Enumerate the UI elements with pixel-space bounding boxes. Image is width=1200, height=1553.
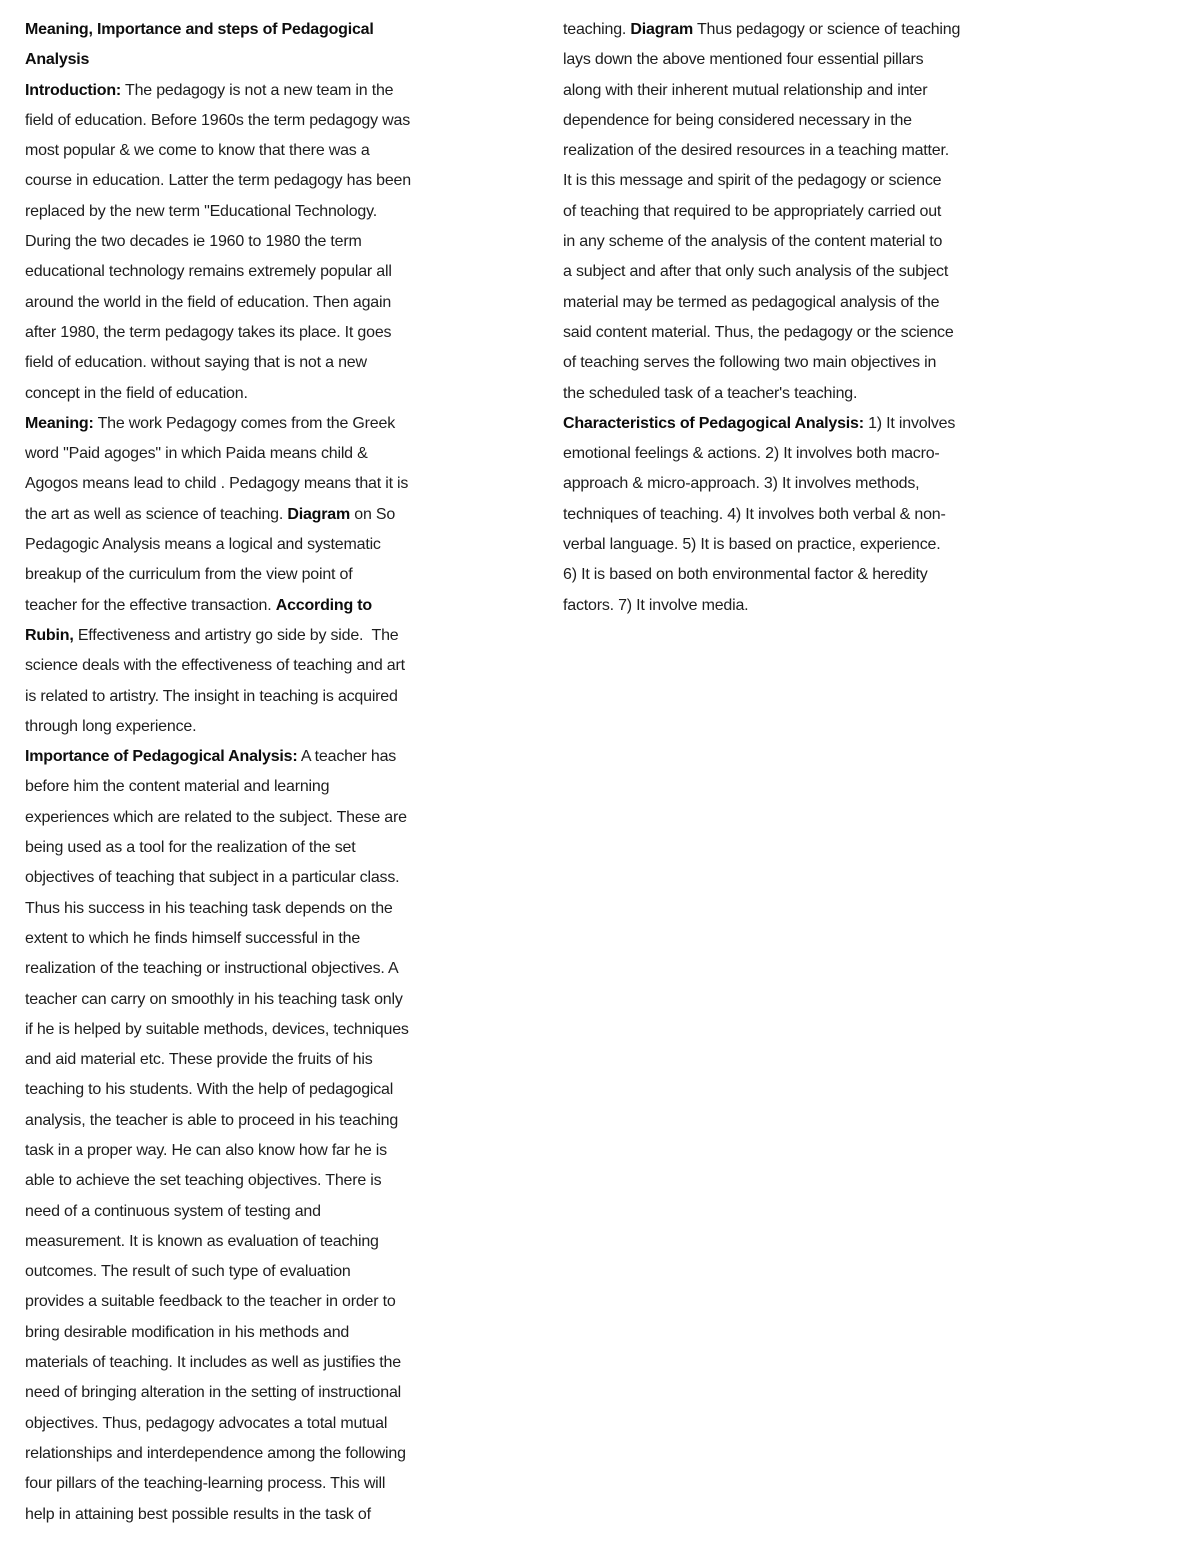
text-run: The pedagogy is not a new team in the xyxy=(121,82,393,99)
text-line: of teaching serves the following two mai… xyxy=(563,348,1053,378)
text-run: Thus pedagogy or science of teaching xyxy=(693,21,960,38)
text-run: outcomes. The result of such type of eva… xyxy=(25,1263,351,1280)
text-line: before him the content material and lear… xyxy=(25,772,515,802)
document-page: Meaning, Importance and steps of Pedagog… xyxy=(0,0,1200,1553)
text-line: if he is helped by suitable methods, dev… xyxy=(25,1015,515,1045)
text-line: objectives of teaching that subject in a… xyxy=(25,863,515,893)
text-run: in any scheme of the analysis of the con… xyxy=(563,233,942,250)
text-run: through long experience. xyxy=(25,718,196,735)
text-run: along with their inherent mutual relatio… xyxy=(563,82,927,99)
text-run: factors. 7) It involve media. xyxy=(563,597,748,614)
text-run: the scheduled task of a teacher's teachi… xyxy=(563,385,857,402)
text-line: need of bringing alteration in the setti… xyxy=(25,1378,515,1408)
text-line: breakup of the curriculum from the view … xyxy=(25,560,515,590)
bold-text-run: Analysis xyxy=(25,51,89,68)
text-run: bring desirable modification in his meth… xyxy=(25,1324,349,1341)
text-line: four pillars of the teaching-learning pr… xyxy=(25,1469,515,1499)
text-run: experiences which are related to the sub… xyxy=(25,809,407,826)
text-line: being used as a tool for the realization… xyxy=(25,833,515,863)
text-run: help in attaining best possible results … xyxy=(25,1506,371,1523)
text-line: techniques of teaching. 4) It involves b… xyxy=(563,500,1053,530)
text-run: teacher can carry on smoothly in his tea… xyxy=(25,991,403,1008)
text-run: provides a suitable feedback to the teac… xyxy=(25,1293,396,1310)
text-run: Effectiveness and artistry go side by si… xyxy=(74,627,399,644)
text-line: Importance of Pedagogical Analysis: A te… xyxy=(25,742,515,772)
text-run: objectives of teaching that subject in a… xyxy=(25,869,399,886)
text-run: is related to artistry. The insight in t… xyxy=(25,688,398,705)
text-run: field of education. Before 1960s the ter… xyxy=(25,112,410,129)
text-line: teaching to his students. With the help … xyxy=(25,1075,515,1105)
text-run: 1) It involves xyxy=(864,415,955,432)
text-line: approach & micro-approach. 3) It involve… xyxy=(563,469,1053,499)
text-line: teacher for the effective transaction. A… xyxy=(25,591,515,621)
column-right: teaching. Diagram Thus pedagogy or scien… xyxy=(563,15,1053,1530)
text-line: field of education. without saying that … xyxy=(25,348,515,378)
text-run: able to achieve the set teaching objecti… xyxy=(25,1172,381,1189)
text-run: Pedagogic Analysis means a logical and s… xyxy=(25,536,381,553)
text-run: teaching. xyxy=(563,21,630,38)
text-line: factors. 7) It involve media. xyxy=(563,591,1053,621)
text-run: course in education. Latter the term ped… xyxy=(25,172,411,189)
text-run: 6) It is based on both environmental fac… xyxy=(563,566,928,583)
text-run: four pillars of the teaching-learning pr… xyxy=(25,1475,385,1492)
text-run: concept in the field of education. xyxy=(25,385,248,402)
text-run: breakup of the curriculum from the view … xyxy=(25,566,352,583)
text-line: after 1980, the term pedagogy takes its … xyxy=(25,318,515,348)
text-run: realization of the desired resources in … xyxy=(563,142,949,159)
text-line: educational technology remains extremely… xyxy=(25,257,515,287)
text-line: help in attaining best possible results … xyxy=(25,1500,515,1530)
text-run: teaching to his students. With the help … xyxy=(25,1081,393,1098)
text-line: extent to which he finds himself success… xyxy=(25,924,515,954)
text-line: Pedagogic Analysis means a logical and s… xyxy=(25,530,515,560)
text-line: the scheduled task of a teacher's teachi… xyxy=(563,379,1053,409)
text-line: and aid material etc. These provide the … xyxy=(25,1045,515,1075)
text-line: Introduction: The pedagogy is not a new … xyxy=(25,76,515,106)
text-line: in any scheme of the analysis of the con… xyxy=(563,227,1053,257)
text-line: material may be termed as pedagogical an… xyxy=(563,288,1053,318)
text-line: need of a continuous system of testing a… xyxy=(25,1197,515,1227)
text-run: task in a proper way. He can also know h… xyxy=(25,1142,387,1159)
text-run: educational technology remains extremely… xyxy=(25,263,392,280)
bold-text-run: According to xyxy=(276,597,372,614)
text-line: able to achieve the set teaching objecti… xyxy=(25,1166,515,1196)
text-run: after 1980, the term pedagogy takes its … xyxy=(25,324,391,341)
text-run: being used as a tool for the realization… xyxy=(25,839,355,856)
text-run: objectives. Thus, pedagogy advocates a t… xyxy=(25,1415,387,1432)
text-line: outcomes. The result of such type of eva… xyxy=(25,1257,515,1287)
bold-text-run: Diagram xyxy=(630,21,693,38)
text-run: if he is helped by suitable methods, dev… xyxy=(25,1021,409,1038)
text-line: analysis, the teacher is able to proceed… xyxy=(25,1106,515,1136)
bold-text-run: Characteristics of Pedagogical Analysis: xyxy=(563,415,864,432)
text-run: realization of the teaching or instructi… xyxy=(25,960,399,977)
text-line: through long experience. xyxy=(25,712,515,742)
text-run: extent to which he finds himself success… xyxy=(25,930,360,947)
two-column-layout: Meaning, Importance and steps of Pedagog… xyxy=(0,0,1200,1530)
bold-text-run: Meaning, Importance and steps of Pedagog… xyxy=(25,21,374,38)
text-line: experiences which are related to the sub… xyxy=(25,803,515,833)
text-run: word "Paid agoges" in which Paida means … xyxy=(25,445,368,462)
text-run: lays down the above mentioned four essen… xyxy=(563,51,923,68)
text-run: need of bringing alteration in the setti… xyxy=(25,1384,401,1401)
text-run: need of a continuous system of testing a… xyxy=(25,1203,321,1220)
text-run: on So xyxy=(350,506,395,523)
text-line: concept in the field of education. xyxy=(25,379,515,409)
text-line: Characteristics of Pedagogical Analysis:… xyxy=(563,409,1053,439)
text-run: The work Pedagogy comes from the Greek xyxy=(94,415,395,432)
bold-text-run: Meaning: xyxy=(25,415,94,432)
text-run: of teaching serves the following two mai… xyxy=(563,354,936,371)
text-run: dependence for being considered necessar… xyxy=(563,112,912,129)
text-line: said content material. Thus, the pedagog… xyxy=(563,318,1053,348)
text-line: a subject and after that only such analy… xyxy=(563,257,1053,287)
text-run: replaced by the new term "Educational Te… xyxy=(25,203,377,220)
bold-text-run: Diagram xyxy=(287,506,350,523)
text-run: materials of teaching. It includes as we… xyxy=(25,1354,401,1371)
text-run: A teacher has xyxy=(297,748,396,765)
text-run: material may be termed as pedagogical an… xyxy=(563,294,939,311)
text-line: course in education. Latter the term ped… xyxy=(25,166,515,196)
text-run: Thus his success in his teaching task de… xyxy=(25,900,393,917)
text-run: most popular & we come to know that ther… xyxy=(25,142,370,159)
text-line: dependence for being considered necessar… xyxy=(563,106,1053,136)
text-line: materials of teaching. It includes as we… xyxy=(25,1348,515,1378)
text-line: realization of the teaching or instructi… xyxy=(25,954,515,984)
text-line: Thus his success in his teaching task de… xyxy=(25,894,515,924)
text-line: emotional feelings & actions. 2) It invo… xyxy=(563,439,1053,469)
text-line: teaching. Diagram Thus pedagogy or scien… xyxy=(563,15,1053,45)
bold-text-run: Introduction: xyxy=(25,82,121,99)
text-line: of teaching that required to be appropri… xyxy=(563,197,1053,227)
text-run: said content material. Thus, the pedagog… xyxy=(563,324,954,341)
text-line: Meaning, Importance and steps of Pedagog… xyxy=(25,15,515,45)
text-run: emotional feelings & actions. 2) It invo… xyxy=(563,445,940,462)
text-run: before him the content material and lear… xyxy=(25,778,329,795)
text-line: relationships and interdependence among … xyxy=(25,1439,515,1469)
text-line: science deals with the effectiveness of … xyxy=(25,651,515,681)
text-run: It is this message and spirit of the ped… xyxy=(563,172,941,189)
text-run: field of education. without saying that … xyxy=(25,354,367,371)
text-line: During the two decades ie 1960 to 1980 t… xyxy=(25,227,515,257)
text-run: around the world in the field of educati… xyxy=(25,294,391,311)
text-run: techniques of teaching. 4) It involves b… xyxy=(563,506,946,523)
text-line: around the world in the field of educati… xyxy=(25,288,515,318)
text-run: the art as well as science of teaching. xyxy=(25,506,287,523)
text-run: During the two decades ie 1960 to 1980 t… xyxy=(25,233,362,250)
text-run: teacher for the effective transaction. xyxy=(25,597,276,614)
text-line: realization of the desired resources in … xyxy=(563,136,1053,166)
text-run: science deals with the effectiveness of … xyxy=(25,657,405,674)
text-run: approach & micro-approach. 3) It involve… xyxy=(563,475,919,492)
text-line: Agogos means lead to child . Pedagogy me… xyxy=(25,469,515,499)
text-line: teacher can carry on smoothly in his tea… xyxy=(25,985,515,1015)
text-run: Agogos means lead to child . Pedagogy me… xyxy=(25,475,408,492)
text-line: replaced by the new term "Educational Te… xyxy=(25,197,515,227)
bold-text-run: Importance of Pedagogical Analysis: xyxy=(25,748,297,765)
text-line: Analysis xyxy=(25,45,515,75)
text-line: the art as well as science of teaching. … xyxy=(25,500,515,530)
text-line: It is this message and spirit of the ped… xyxy=(563,166,1053,196)
text-run: of teaching that required to be appropri… xyxy=(563,203,941,220)
text-run: a subject and after that only such analy… xyxy=(563,263,948,280)
text-line: objectives. Thus, pedagogy advocates a t… xyxy=(25,1409,515,1439)
text-line: field of education. Before 1960s the ter… xyxy=(25,106,515,136)
text-run: and aid material etc. These provide the … xyxy=(25,1051,373,1068)
text-run: analysis, the teacher is able to proceed… xyxy=(25,1112,398,1129)
text-run: verbal language. 5) It is based on pract… xyxy=(563,536,940,553)
text-line: measurement. It is known as evaluation o… xyxy=(25,1227,515,1257)
column-left: Meaning, Importance and steps of Pedagog… xyxy=(25,15,515,1530)
text-line: is related to artistry. The insight in t… xyxy=(25,682,515,712)
text-line: most popular & we come to know that ther… xyxy=(25,136,515,166)
text-run: relationships and interdependence among … xyxy=(25,1445,406,1462)
text-line: 6) It is based on both environmental fac… xyxy=(563,560,1053,590)
text-line: Rubin, Effectiveness and artistry go sid… xyxy=(25,621,515,651)
text-line: word "Paid agoges" in which Paida means … xyxy=(25,439,515,469)
text-line: verbal language. 5) It is based on pract… xyxy=(563,530,1053,560)
text-line: task in a proper way. He can also know h… xyxy=(25,1136,515,1166)
text-line: Meaning: The work Pedagogy comes from th… xyxy=(25,409,515,439)
text-line: bring desirable modification in his meth… xyxy=(25,1318,515,1348)
text-line: lays down the above mentioned four essen… xyxy=(563,45,1053,75)
text-run: measurement. It is known as evaluation o… xyxy=(25,1233,379,1250)
bold-text-run: Rubin, xyxy=(25,627,74,644)
text-line: along with their inherent mutual relatio… xyxy=(563,76,1053,106)
text-line: provides a suitable feedback to the teac… xyxy=(25,1287,515,1317)
